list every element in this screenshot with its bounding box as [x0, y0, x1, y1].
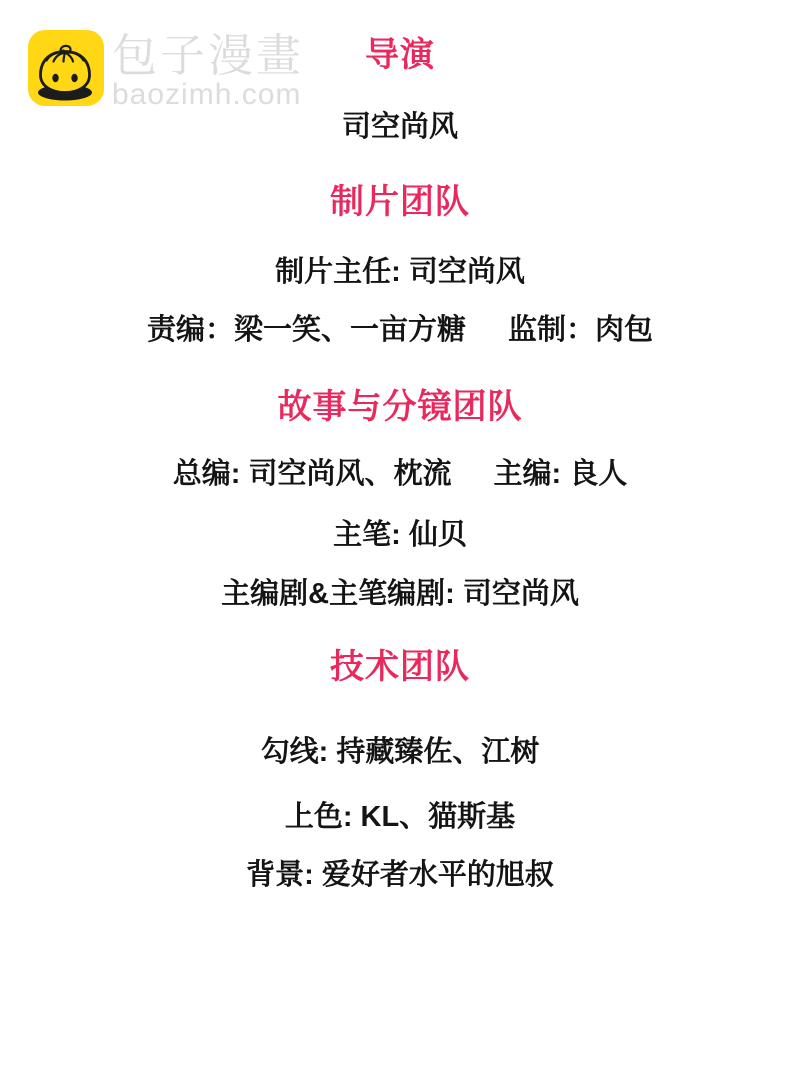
credit-text: 主编: 良人: [494, 456, 628, 492]
site-url: baozimh.com: [112, 80, 304, 110]
credit-text: 上色: KL、猫斯基: [285, 799, 515, 835]
credit-line-lead-writer: 主编剧&主笔编剧: 司空尚风: [0, 576, 800, 612]
credit-text: 司空尚风: [342, 109, 458, 145]
credit-line-coloring: 上色: KL、猫斯基: [0, 799, 800, 835]
credit-text: 制片主任: 司空尚风: [275, 254, 525, 290]
section-title-technical-team: 技术团队: [0, 647, 800, 687]
credit-text: 主编剧&主笔编剧: 司空尚风: [221, 576, 579, 612]
credit-line-editors-supervisor: 责编：梁一笑、一亩方糖 监制：肉包: [0, 312, 800, 348]
credit-text: 勾线: 持藏臻佐、江树: [261, 734, 540, 770]
credit-line-director-name: 司空尚风: [0, 109, 800, 145]
credit-text: 责编：梁一笑、一亩方糖: [147, 312, 466, 348]
credit-text: 背景: 爱好者水平的旭叔: [246, 857, 554, 893]
credit-line-background-art: 背景: 爱好者水平的旭叔: [0, 857, 800, 893]
credit-text: 主笔: 仙贝: [333, 517, 467, 553]
credit-line-chief-editors: 总编: 司空尚风、枕流 主编: 良人: [0, 456, 800, 492]
section-title-director: 导演: [0, 35, 800, 75]
section-title-story-storyboard-team: 故事与分镜团队: [0, 387, 800, 427]
credit-line-lead-artist: 主笔: 仙贝: [0, 517, 800, 553]
comic-credits-page: 包子漫畫 baozimh.com 导演 司空尚风 制片团队 制片主任: 司空尚风…: [0, 0, 800, 1071]
credit-text: 监制：肉包: [508, 312, 653, 348]
credit-line-production-director: 制片主任: 司空尚风: [0, 254, 800, 290]
credit-line-lineart: 勾线: 持藏臻佐、江树: [0, 734, 800, 770]
credit-text: 总编: 司空尚风、枕流: [173, 456, 452, 492]
section-title-production-team: 制片团队: [0, 182, 800, 222]
